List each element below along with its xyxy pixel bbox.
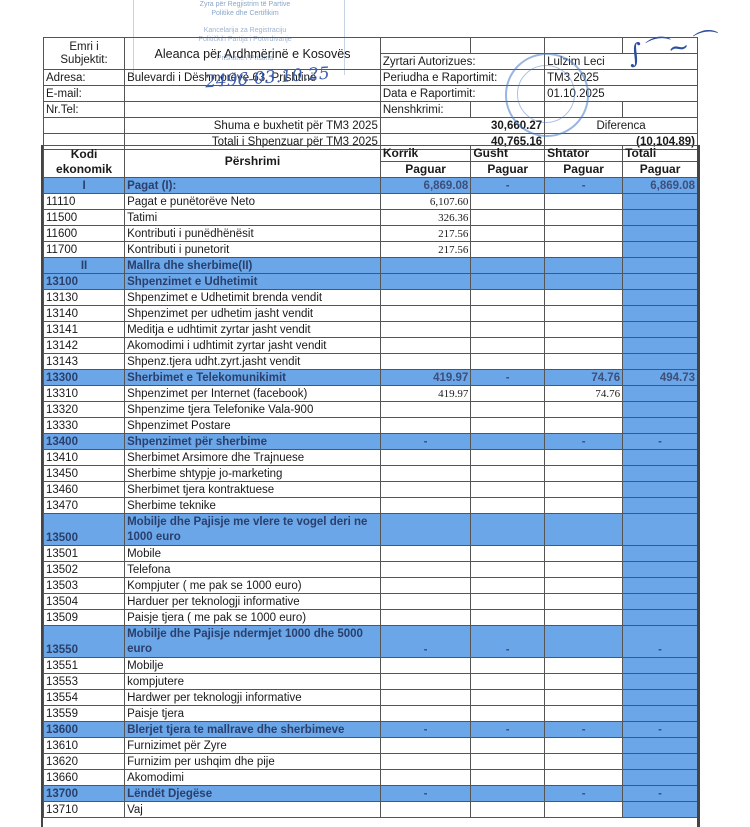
column-header-code: Kodi ekonomik: [44, 146, 125, 178]
table-row: 11600Kontributi i punëdhënësit217.56: [44, 226, 698, 242]
row-amount-jul: [380, 514, 470, 546]
row-amount-sep: [545, 226, 623, 242]
row-amount-aug: [471, 194, 545, 210]
reporting-period-label: Periudha e Raportimit:: [380, 70, 544, 86]
row-description: Pagat e punëtorëve Neto: [125, 194, 381, 210]
row-amount-jul: [380, 674, 470, 690]
table-row: 13142Akomodimi i udhtimit zyrtar jasht v…: [44, 338, 698, 354]
row-amount-sep: [545, 290, 623, 306]
row-description: Shpenzimet e Udhetimit: [125, 274, 381, 290]
row-amount-aug: [471, 226, 545, 242]
row-amount-aug: [471, 674, 545, 690]
row-total: -: [623, 434, 698, 450]
row-amount-aug: -: [471, 178, 545, 194]
row-code: 13130: [44, 290, 125, 306]
authorized-official-value: Lulzim Leci: [545, 54, 698, 70]
row-description: Furnizim per ushqim dhe pije: [125, 754, 381, 770]
row-total: [623, 258, 698, 274]
report-date-value: 01.10.2025: [545, 86, 698, 102]
row-description: Lëndët Djegëse: [125, 786, 381, 802]
row-amount-sep: [545, 610, 623, 626]
row-amount-aug: [471, 354, 545, 370]
budget-value: 30,660.27: [380, 118, 544, 134]
row-amount-sep: [545, 514, 623, 546]
authorized-official-label: Zyrtari Autorizues:: [380, 54, 544, 70]
table-row: 13710Vaj: [44, 802, 698, 818]
row-total: [623, 594, 698, 610]
row-amount-jul: -: [380, 722, 470, 738]
row-amount-aug: [471, 274, 545, 290]
column-header-august: Gusht: [471, 146, 545, 162]
row-code: 13660: [44, 770, 125, 786]
row-total: [623, 194, 698, 210]
row-amount-aug: [471, 242, 545, 258]
blank-cell: [545, 38, 623, 54]
row-amount-sep: [545, 690, 623, 706]
row-description: Sherbime teknike: [125, 498, 381, 514]
row-amount-jul: [380, 466, 470, 482]
row-amount-jul: [380, 498, 470, 514]
row-amount-jul: 6,107.60: [380, 194, 470, 210]
row-code: 13310: [44, 386, 125, 402]
row-amount-aug: [471, 706, 545, 722]
table-row: 13141Meditja e udhtimit zyrtar jasht ven…: [44, 322, 698, 338]
row-amount-aug: [471, 690, 545, 706]
row-amount-jul: 326.36: [380, 210, 470, 226]
row-amount-aug: [471, 562, 545, 578]
row-total: [623, 706, 698, 722]
row-description: Paisje tjera: [125, 706, 381, 722]
row-total: [623, 210, 698, 226]
row-amount-jul: 217.56: [380, 242, 470, 258]
row-amount-jul: [380, 578, 470, 594]
row-amount-aug: [471, 738, 545, 754]
table-row: 13504Harduer per teknologji informative: [44, 594, 698, 610]
row-code: 13450: [44, 466, 125, 482]
row-amount-sep: -: [545, 722, 623, 738]
row-total: [623, 290, 698, 306]
row-code: 13610: [44, 738, 125, 754]
row-amount-sep: -: [545, 786, 623, 802]
table-row: 13502Telefona: [44, 562, 698, 578]
table-row: 13501Mobile: [44, 546, 698, 562]
row-amount-aug: [471, 754, 545, 770]
row-code: 13700: [44, 786, 125, 802]
row-description: Shpenzimet per udhetim jasht vendit: [125, 306, 381, 322]
row-amount-sep: [545, 210, 623, 226]
row-amount-aug: [471, 770, 545, 786]
row-description: Sherbimet Arsimore dhe Trajnuese: [125, 450, 381, 466]
row-amount-jul: [380, 274, 470, 290]
row-amount-jul: [380, 290, 470, 306]
row-code: 13504: [44, 594, 125, 610]
row-amount-jul: [380, 754, 470, 770]
row-amount-jul: 419.97: [380, 386, 470, 402]
row-code: 11110: [44, 194, 125, 210]
row-code: 13330: [44, 418, 125, 434]
row-amount-jul: [380, 658, 470, 674]
row-code: 13143: [44, 354, 125, 370]
row-code: 13141: [44, 322, 125, 338]
entity-name: Aleanca për Ardhmërinë e Kosovës: [125, 38, 381, 70]
row-description: Sherbime shtypje jo-marketing: [125, 466, 381, 482]
row-amount-jul: [380, 706, 470, 722]
section-row: 13300Sherbimet e Telekomunikimit419.97-7…: [44, 370, 698, 386]
row-total: -: [623, 722, 698, 738]
row-amount-jul: [380, 482, 470, 498]
row-amount-aug: [471, 306, 545, 322]
row-amount-jul: [380, 770, 470, 786]
row-total: [623, 770, 698, 786]
column-header-total: Totali: [623, 146, 698, 162]
row-amount-aug: [471, 802, 545, 818]
column-subheader-paid: Paguar: [623, 162, 698, 178]
row-description: Hardwer per teknologji informative: [125, 690, 381, 706]
row-description: Shpenzimet e Udhetimit brenda vendit: [125, 290, 381, 306]
row-amount-sep: [545, 626, 623, 658]
table-row: 13460Sherbimet tjera kontraktuese: [44, 482, 698, 498]
table-row: 13140Shpenzimet per udhetim jasht vendit: [44, 306, 698, 322]
row-amount-aug: [471, 450, 545, 466]
table-row: 13503Kompjuter ( me pak se 1000 euro): [44, 578, 698, 594]
row-amount-aug: [471, 402, 545, 418]
table-row: 13450Sherbime shtypje jo-marketing: [44, 466, 698, 482]
table-row: 13610Furnizimet për Zyre: [44, 738, 698, 754]
stamp-line: Kancelarija za Registraciju: [150, 26, 340, 35]
row-amount-jul: 6,869.08: [380, 178, 470, 194]
difference-label: Diferenca: [545, 118, 698, 134]
row-amount-aug: [471, 610, 545, 626]
table-row: 13559Paisje tjera: [44, 706, 698, 722]
row-description: Mobilje: [125, 658, 381, 674]
row-amount-jul: [380, 610, 470, 626]
row-amount-sep: [545, 338, 623, 354]
signature-label: Nenshkrimi:: [380, 102, 470, 118]
row-amount-jul: [380, 802, 470, 818]
row-amount-sep: [545, 594, 623, 610]
report-header-table: Emri i Subjektit: Aleanca për Ardhmërinë…: [43, 37, 698, 150]
row-amount-sep: [545, 482, 623, 498]
row-amount-sep: [545, 466, 623, 482]
row-amount-sep: [545, 738, 623, 754]
row-code: 13550: [44, 626, 125, 658]
row-description: Mobilje dhe Pajisje me vlere te vogel de…: [125, 514, 381, 546]
row-code: 13460: [44, 482, 125, 498]
section-row: 13550Mobilje dhe Pajisje ndermjet 1000 d…: [44, 626, 698, 658]
row-code: 13502: [44, 562, 125, 578]
row-description: Sherbimet tjera kontraktuese: [125, 482, 381, 498]
row-total: [623, 402, 698, 418]
row-total: [623, 578, 698, 594]
email-value: [125, 86, 381, 102]
row-amount-jul: [380, 354, 470, 370]
blank-cell: [44, 118, 125, 134]
row-code: 13100: [44, 274, 125, 290]
row-amount-jul: [380, 338, 470, 354]
row-code: 13470: [44, 498, 125, 514]
row-amount-jul: [380, 562, 470, 578]
row-code: 13501: [44, 546, 125, 562]
row-amount-aug: [471, 210, 545, 226]
table-row: 13620Furnizim per ushqim dhe pije: [44, 754, 698, 770]
row-code: 11600: [44, 226, 125, 242]
expense-table: Kodi ekonomik Përshrimi Korrik Gusht Sht…: [43, 145, 698, 818]
row-amount-jul: [380, 306, 470, 322]
table-row: 11500Tatimi326.36: [44, 210, 698, 226]
table-row: 13310Shpenzimet per Internet (facebook)4…: [44, 386, 698, 402]
row-total: [623, 754, 698, 770]
row-amount-aug: -: [471, 722, 545, 738]
report-date-label: Data e Raportimit:: [380, 86, 544, 102]
row-total: [623, 658, 698, 674]
row-description: Paisje tjera ( me pak se 1000 euro): [125, 610, 381, 626]
row-code: 13140: [44, 306, 125, 322]
row-description: Shpenzimet për sherbime: [125, 434, 381, 450]
row-amount-sep: [545, 354, 623, 370]
row-amount-aug: [471, 386, 545, 402]
row-amount-jul: -: [380, 786, 470, 802]
row-amount-sep: [545, 498, 623, 514]
row-amount-sep: [545, 258, 623, 274]
row-amount-aug: [471, 546, 545, 562]
section-row: IIMallra dhe sherbime(II): [44, 258, 698, 274]
row-total: [623, 498, 698, 514]
row-amount-jul: 419.97: [380, 370, 470, 386]
row-total: -: [623, 626, 698, 658]
column-subheader-paid: Paguar: [471, 162, 545, 178]
row-code: 13500: [44, 514, 125, 546]
blank-cell: [471, 38, 545, 54]
row-total: -: [623, 786, 698, 802]
row-amount-jul: [380, 738, 470, 754]
row-amount-aug: [471, 594, 545, 610]
row-amount-aug: [471, 466, 545, 482]
row-code: II: [44, 258, 125, 274]
row-code: 11500: [44, 210, 125, 226]
row-description: Shpenzime tjera Telefonike Vala-900: [125, 402, 381, 418]
stamp-line: Politike dhe Certifikim: [150, 9, 340, 18]
row-amount-jul: [380, 546, 470, 562]
row-total: [623, 354, 698, 370]
row-code: 11700: [44, 242, 125, 258]
blank-cell: [623, 38, 698, 54]
row-amount-sep: [545, 242, 623, 258]
row-amount-aug: [471, 418, 545, 434]
row-description: Kompjuter ( me pak se 1000 euro): [125, 578, 381, 594]
row-amount-sep: [545, 658, 623, 674]
row-amount-aug: [471, 290, 545, 306]
table-row: 13553kompjutere: [44, 674, 698, 690]
row-amount-sep: [545, 194, 623, 210]
row-amount-sep: [545, 674, 623, 690]
email-label: E-mail:: [44, 86, 125, 102]
row-amount-jul: [380, 258, 470, 274]
row-code: 13410: [44, 450, 125, 466]
row-amount-sep: [545, 706, 623, 722]
row-amount-sep: [545, 306, 623, 322]
table-row: 13470Sherbime teknike: [44, 498, 698, 514]
row-code: 13320: [44, 402, 125, 418]
row-code: 13620: [44, 754, 125, 770]
row-total: [623, 274, 698, 290]
row-description: Tatimi: [125, 210, 381, 226]
row-amount-sep: [545, 802, 623, 818]
row-amount-aug: [471, 482, 545, 498]
row-description: Blerjet tjera te mallrave dhe sherbimeve: [125, 722, 381, 738]
row-total: [623, 450, 698, 466]
row-total: [623, 610, 698, 626]
row-amount-sep: [545, 754, 623, 770]
row-amount-sep: [545, 546, 623, 562]
address-label: Adresa:: [44, 70, 125, 86]
row-amount-sep: [545, 562, 623, 578]
row-description: Telefona: [125, 562, 381, 578]
table-row: 13660Akomodimi: [44, 770, 698, 786]
row-description: Harduer per teknologji informative: [125, 594, 381, 610]
row-amount-aug: [471, 786, 545, 802]
row-amount-sep: [545, 402, 623, 418]
blank-cell: [545, 102, 623, 118]
row-amount-sep: [545, 418, 623, 434]
row-amount-aug: [471, 514, 545, 546]
section-row: 13600Blerjet tjera te mallrave dhe sherb…: [44, 722, 698, 738]
row-total: [623, 562, 698, 578]
row-amount-jul: [380, 402, 470, 418]
row-total: [623, 242, 698, 258]
row-code: 13142: [44, 338, 125, 354]
table-row: 13551Mobilje: [44, 658, 698, 674]
row-amount-aug: -: [471, 370, 545, 386]
entity-label: Emri i Subjektit:: [44, 38, 125, 70]
row-amount-aug: [471, 338, 545, 354]
column-subheader-paid: Paguar: [380, 162, 470, 178]
row-amount-sep: [545, 578, 623, 594]
row-description: Shpenzimet per Internet (facebook): [125, 386, 381, 402]
section-row: 13500Mobilje dhe Pajisje me vlere te vog…: [44, 514, 698, 546]
row-description: kompjutere: [125, 674, 381, 690]
row-amount-jul: -: [380, 626, 470, 658]
row-amount-jul: [380, 594, 470, 610]
blank-cell: [380, 38, 470, 54]
row-description: Vaj: [125, 802, 381, 818]
row-code: 13503: [44, 578, 125, 594]
row-description: Shpenzimet Postare: [125, 418, 381, 434]
row-amount-sep: 74.76: [545, 386, 623, 402]
row-description: Meditja e udhtimit zyrtar jasht vendit: [125, 322, 381, 338]
row-amount-sep: -: [545, 178, 623, 194]
section-row: 13400Shpenzimet për sherbime---: [44, 434, 698, 450]
section-row: IPagat (I):6,869.08--6,869.08: [44, 178, 698, 194]
row-total: [623, 226, 698, 242]
stamp-line: Zyra për Regjistrim të Partive: [150, 0, 340, 9]
row-total: [623, 674, 698, 690]
row-amount-jul: 217.56: [380, 226, 470, 242]
row-total: [623, 322, 698, 338]
row-amount-aug: [471, 434, 545, 450]
table-border-right: [697, 145, 700, 827]
table-row: 13554Hardwer per teknologji informative: [44, 690, 698, 706]
blank-cell: [623, 102, 698, 118]
row-description: Kontributi i punëdhënësit: [125, 226, 381, 242]
budget-label: Shuma e buxhetit për TM3 2025: [125, 118, 381, 134]
table-row: 13410Sherbimet Arsimore dhe Trajnuese: [44, 450, 698, 466]
row-amount-aug: [471, 258, 545, 274]
row-description: Furnizimet për Zyre: [125, 738, 381, 754]
column-header-description: Përshrimi: [125, 146, 381, 178]
column-header-september: Shtator: [545, 146, 623, 162]
section-row: 13700 Lëndët Djegëse---: [44, 786, 698, 802]
row-amount-jul: [380, 418, 470, 434]
row-description: Mallra dhe sherbime(II): [125, 258, 381, 274]
row-amount-aug: [471, 578, 545, 594]
phone-value: [125, 102, 381, 118]
row-description: Kontributi i punetorit: [125, 242, 381, 258]
row-total: [623, 690, 698, 706]
row-description: Akomodimi i udhtimit zyrtar jasht vendit: [125, 338, 381, 354]
address-value: Bulevardi i Dëshmorëve 63, Prishtinë: [125, 70, 381, 86]
row-amount-jul: -: [380, 434, 470, 450]
row-description: Shpenz.tjera udht.zyrt.jasht vendit: [125, 354, 381, 370]
row-code: 13710: [44, 802, 125, 818]
table-row: 13143Shpenz.tjera udht.zyrt.jasht vendit: [44, 354, 698, 370]
row-code: 13559: [44, 706, 125, 722]
row-total: [623, 386, 698, 402]
row-total: [623, 338, 698, 354]
reporting-period-value: TM3 2025: [545, 70, 698, 86]
table-row: 11700Kontributi i punetorit217.56: [44, 242, 698, 258]
table-row: 13320Shpenzime tjera Telefonike Vala-900: [44, 402, 698, 418]
row-total: [623, 418, 698, 434]
row-total: [623, 546, 698, 562]
row-amount-aug: [471, 658, 545, 674]
row-amount-jul: [380, 450, 470, 466]
table-row: 13509Paisje tjera ( me pak se 1000 euro): [44, 610, 698, 626]
table-border-left: [41, 145, 43, 827]
row-description: Akomodimi: [125, 770, 381, 786]
signature-cell: [471, 102, 545, 118]
row-total: [623, 802, 698, 818]
row-code: 13600: [44, 722, 125, 738]
row-description: Mobilje dhe Pajisje ndermjet 1000 dhe 50…: [125, 626, 381, 658]
row-amount-aug: [471, 322, 545, 338]
expense-rows: IPagat (I):6,869.08--6,869.0811110Pagat …: [44, 178, 698, 818]
row-description: Pagat (I):: [125, 178, 381, 194]
row-code: 13554: [44, 690, 125, 706]
row-amount-aug: -: [471, 626, 545, 658]
row-description: Mobile: [125, 546, 381, 562]
table-row: 11110Pagat e punëtorëve Neto6,107.60: [44, 194, 698, 210]
row-description: Sherbimet e Telekomunikimit: [125, 370, 381, 386]
row-code: 13400: [44, 434, 125, 450]
table-row: 13130Shpenzimet e Udhetimit brenda vendi…: [44, 290, 698, 306]
row-code: I: [44, 178, 125, 194]
row-amount-sep: [545, 322, 623, 338]
section-row: 13100Shpenzimet e Udhetimit: [44, 274, 698, 290]
phone-label: Nr.Tel:: [44, 102, 125, 118]
row-total: [623, 466, 698, 482]
row-total: 6,869.08: [623, 178, 698, 194]
row-amount-sep: [545, 274, 623, 290]
row-total: 494.73: [623, 370, 698, 386]
row-amount-sep: 74.76: [545, 370, 623, 386]
row-amount-jul: [380, 322, 470, 338]
row-amount-jul: [380, 690, 470, 706]
row-amount-sep: -: [545, 434, 623, 450]
table-row: 13330Shpenzimet Postare: [44, 418, 698, 434]
row-code: 13551: [44, 658, 125, 674]
column-subheader-paid: Paguar: [545, 162, 623, 178]
row-code: 13509: [44, 610, 125, 626]
